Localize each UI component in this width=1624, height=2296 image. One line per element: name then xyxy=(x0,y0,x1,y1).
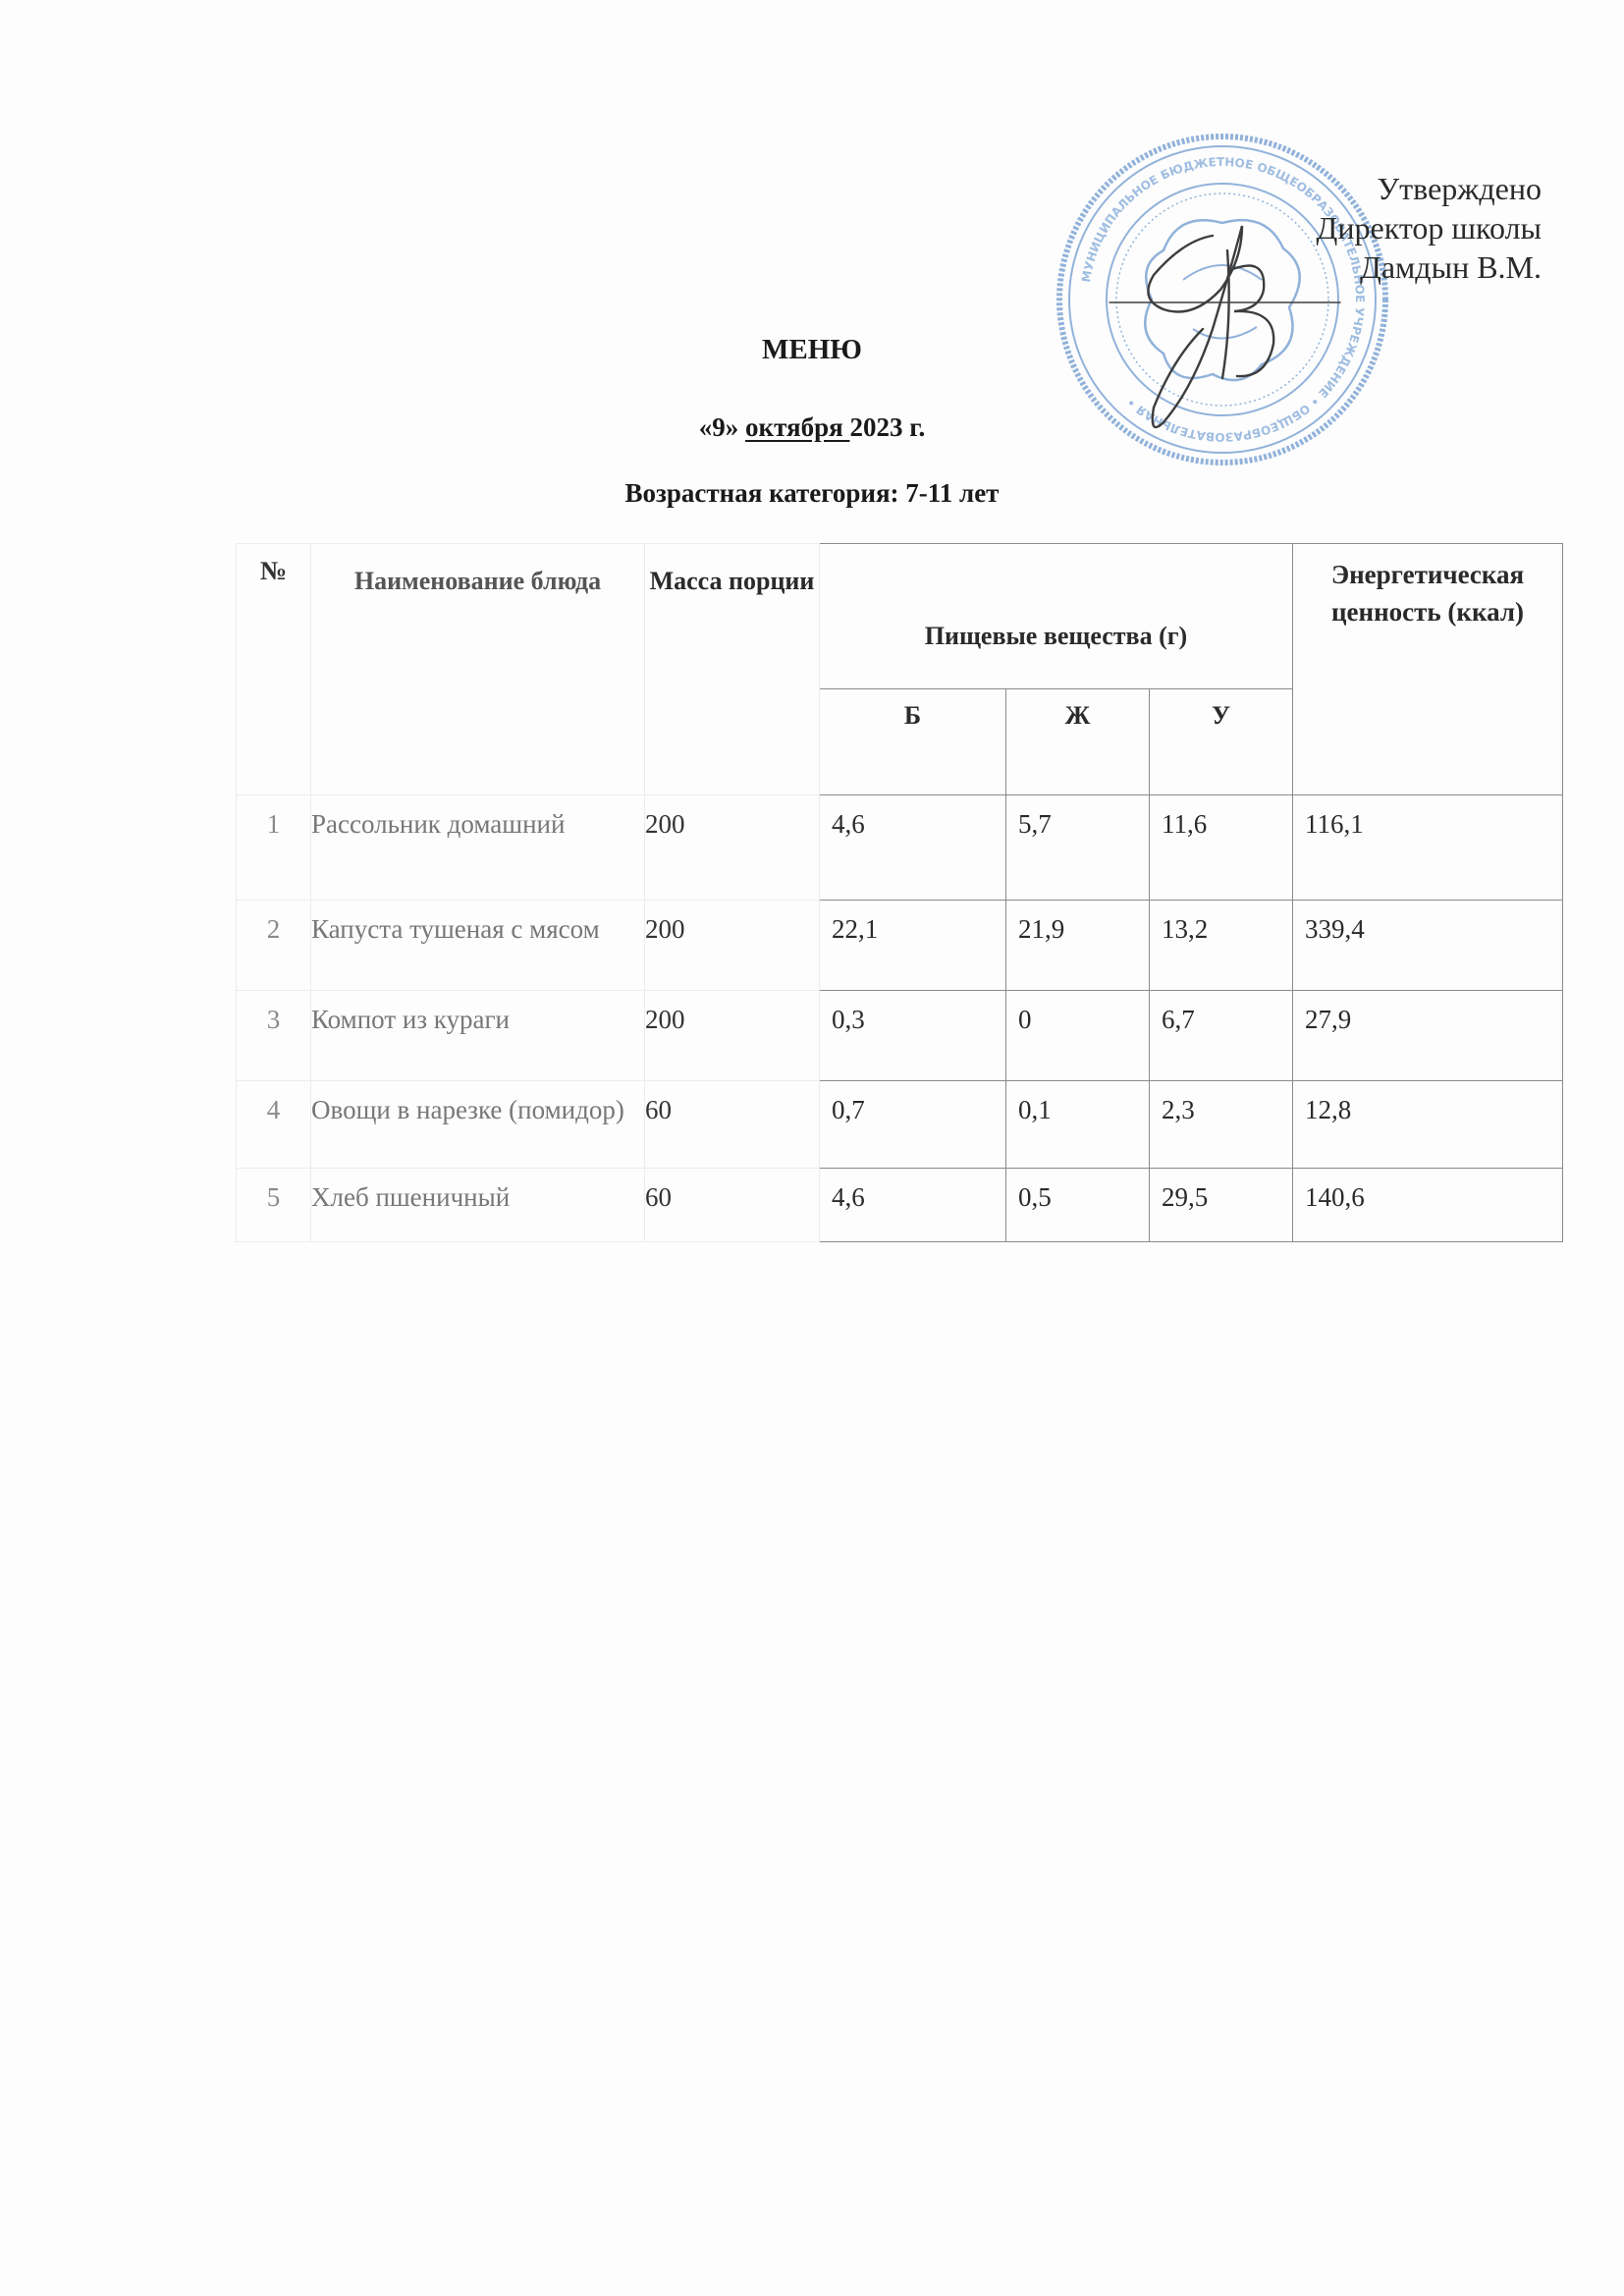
fat-value: 0,5 xyxy=(1006,1169,1150,1242)
row-number: 2 xyxy=(237,901,311,991)
approval-position: Директор школы xyxy=(1317,208,1542,247)
header-portion-mass: Масса порции xyxy=(645,544,820,795)
energy-value: 140,6 xyxy=(1293,1169,1563,1242)
header-fat: Ж xyxy=(1006,689,1150,795)
energy-value: 116,1 xyxy=(1293,795,1563,901)
protein-value: 0,3 xyxy=(820,991,1006,1081)
protein-value: 4,6 xyxy=(820,1169,1006,1242)
header-protein: Б xyxy=(820,689,1006,795)
approval-block: Утверждено Директор школы Дамдын В.М. xyxy=(1317,169,1542,287)
carbs-value: 29,5 xyxy=(1150,1169,1293,1242)
header-carbs: У xyxy=(1150,689,1293,795)
header-number: № xyxy=(237,544,311,795)
table-row: 3 Компот из кураги 200 0,3 0 6,7 27,9 xyxy=(237,991,1563,1081)
table-row: 2 Капуста тушеная с мясом 200 22,1 21,9 … xyxy=(237,901,1563,991)
header-nutrients: Пищевые вещества (г) xyxy=(820,544,1293,689)
portion-mass: 60 xyxy=(645,1169,820,1242)
dish-name: Хлеб пшеничный xyxy=(311,1169,645,1242)
age-category: Возрастная категория: 7-11 лет xyxy=(0,478,1624,509)
header-dish-name: Наименование блюда xyxy=(311,544,645,795)
row-number: 4 xyxy=(237,1081,311,1169)
protein-value: 22,1 xyxy=(820,901,1006,991)
document-page: МУНИЦИПАЛЬНОЕ БЮДЖЕТНОЕ ОБЩЕОБРАЗОВАТЕЛЬ… xyxy=(0,0,1624,2296)
energy-value: 339,4 xyxy=(1293,901,1563,991)
table-header-row: № Наименование блюда Масса порции Пищевы… xyxy=(237,544,1563,689)
fat-value: 21,9 xyxy=(1006,901,1150,991)
approval-signatory: Дамдын В.М. xyxy=(1317,247,1542,287)
portion-mass: 60 xyxy=(645,1081,820,1169)
portion-mass: 200 xyxy=(645,991,820,1081)
date-day: «9» xyxy=(699,412,745,442)
fat-value: 5,7 xyxy=(1006,795,1150,901)
date-month: октября xyxy=(745,412,849,442)
portion-mass: 200 xyxy=(645,901,820,991)
table-row: 5 Хлеб пшеничный 60 4,6 0,5 29,5 140,6 xyxy=(237,1169,1563,1242)
date-year: 2023 г. xyxy=(849,412,925,442)
menu-table: № Наименование блюда Масса порции Пищевы… xyxy=(236,543,1563,1242)
row-number: 5 xyxy=(237,1169,311,1242)
dish-name: Компот из кураги xyxy=(311,991,645,1081)
dish-name: Рассольник домашний xyxy=(311,795,645,901)
carbs-value: 11,6 xyxy=(1150,795,1293,901)
row-number: 3 xyxy=(237,991,311,1081)
portion-mass: 200 xyxy=(645,795,820,901)
carbs-value: 2,3 xyxy=(1150,1081,1293,1169)
protein-value: 4,6 xyxy=(820,795,1006,901)
table-row: 1 Рассольник домашний 200 4,6 5,7 11,6 1… xyxy=(237,795,1563,901)
fat-value: 0,1 xyxy=(1006,1081,1150,1169)
dish-name: Капуста тушеная с мясом xyxy=(311,901,645,991)
approval-label: Утверждено xyxy=(1317,169,1542,208)
row-number: 1 xyxy=(237,795,311,901)
energy-value: 27,9 xyxy=(1293,991,1563,1081)
carbs-value: 13,2 xyxy=(1150,901,1293,991)
fat-value: 0 xyxy=(1006,991,1150,1081)
carbs-value: 6,7 xyxy=(1150,991,1293,1081)
header-energy: Энергетическая ценность (ккал) xyxy=(1293,544,1563,795)
energy-value: 12,8 xyxy=(1293,1081,1563,1169)
dish-name: Овощи в нарезке (помидор) xyxy=(311,1081,645,1169)
table-row: 4 Овощи в нарезке (помидор) 60 0,7 0,1 2… xyxy=(237,1081,1563,1169)
protein-value: 0,7 xyxy=(820,1081,1006,1169)
